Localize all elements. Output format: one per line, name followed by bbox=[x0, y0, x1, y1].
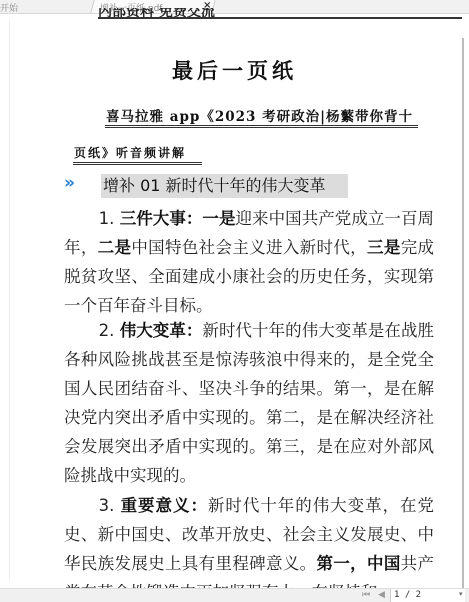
page-edge-left bbox=[9, 20, 10, 580]
paragraph-2: 2. 伟大变革：新时代十年的伟大变革是在战胜各种风险挑战甚至是惊涛骇浪中得来的，… bbox=[64, 316, 434, 490]
body-text: 中国特色社会主义进入新时代， bbox=[131, 238, 367, 257]
bold-text: 第一，中国 bbox=[317, 554, 401, 573]
bold-text: 一是 bbox=[202, 209, 235, 228]
section-heading: 增补 01 新时代十年的伟大变革 bbox=[101, 174, 348, 198]
bold-text: 二是 bbox=[98, 238, 132, 257]
status-bar: ⏮ ◀ 1 / 2 ▾ bbox=[0, 588, 469, 602]
subtitle-underline-2 bbox=[73, 162, 202, 165]
paragraph-number: 1. bbox=[99, 209, 120, 228]
paragraph-label: 重要意义： bbox=[121, 496, 208, 515]
page-edge-right bbox=[462, 38, 464, 588]
paragraph-3: 3. 重要意义：新时代十年的伟大变革，在党史、新中国史、改革开放史、社会主义发展… bbox=[64, 491, 434, 602]
subtitle-underline-1 bbox=[105, 125, 418, 128]
paragraph-1: 1. 三件大事：一是迎来中国共产党成立一百周年，二是中国特色社会主义进入新时代，… bbox=[64, 204, 434, 320]
paragraph-label: 伟大变革： bbox=[120, 321, 203, 340]
cut-off-header: 内部资料 免费交流 bbox=[98, 8, 215, 17]
chevron-down-icon[interactable]: ▾ bbox=[459, 590, 463, 598]
body-text: 新时代十年的伟大变革是在战胜各种风险挑战甚至是惊涛骇浪中得来的，是全党全国人民团… bbox=[64, 321, 434, 485]
header-rule bbox=[98, 17, 462, 19]
paragraph-number: 2. bbox=[99, 321, 120, 340]
first-page-icon[interactable]: ⏮ bbox=[362, 590, 370, 600]
double-chevron-icon: » bbox=[64, 173, 72, 193]
subtitle-line-2: 页纸》听音频讲解 bbox=[74, 144, 186, 161]
page-number-input[interactable]: 1 / 2 bbox=[390, 589, 465, 602]
paragraph-label: 三件大事： bbox=[120, 209, 203, 228]
tab-bar: 开始 增补一页纸.pdf × bbox=[0, 0, 469, 14]
document-title: 最后一页纸 bbox=[0, 55, 469, 85]
tab-start[interactable]: 开始 bbox=[0, 1, 18, 14]
prev-page-icon[interactable]: ◀ bbox=[378, 590, 385, 600]
paragraph-number: 3. bbox=[99, 496, 121, 515]
bold-text: 三是 bbox=[367, 238, 401, 257]
subtitle-line-1: 喜马拉雅 app《2023 考研政治|杨蘩带你背十 bbox=[106, 105, 413, 125]
